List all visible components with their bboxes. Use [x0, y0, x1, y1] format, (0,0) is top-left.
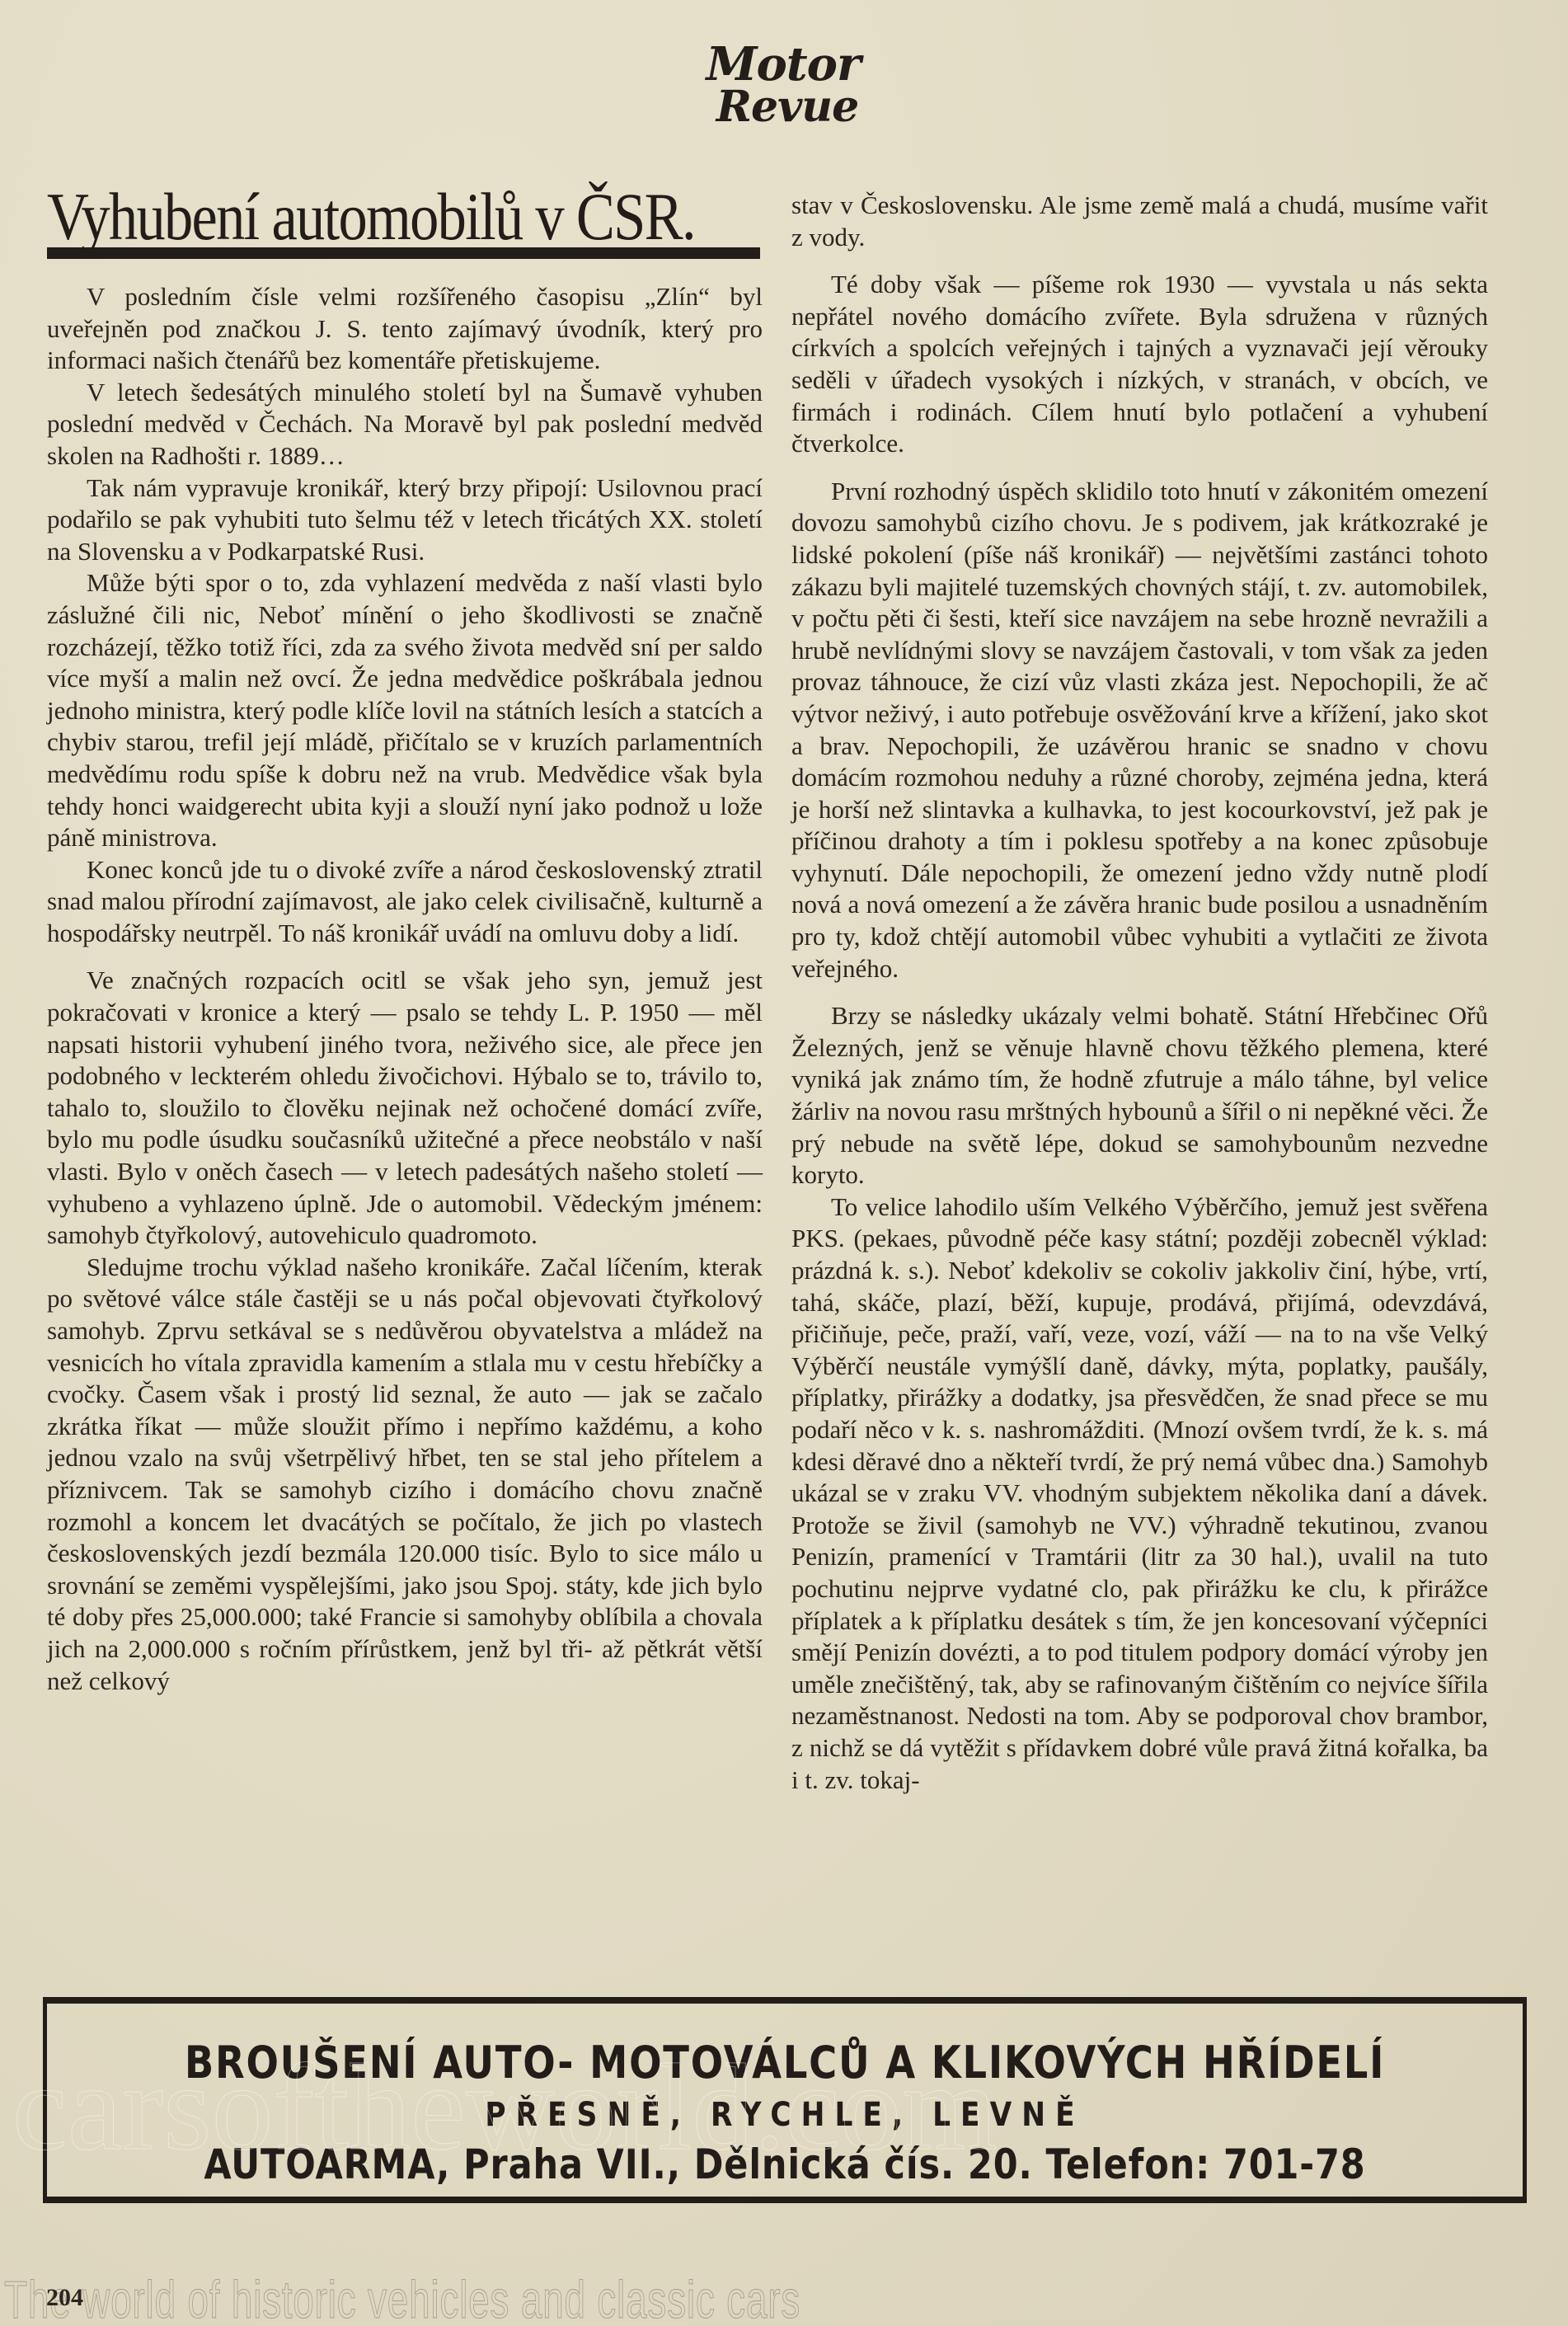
- paragraph: Brzy se následky ukázaly velmi bohatě. S…: [791, 1000, 1488, 1191]
- masthead-logo: Motor Revue: [692, 43, 874, 128]
- paragraph: V letech šedesátých minulého století byl…: [47, 377, 763, 472]
- article-right-column: stav v Československu. Ale jsme země mal…: [791, 190, 1488, 1796]
- ad-contact: AUTOARMA, Praha VII., Dělnická čís. 20. …: [150, 2140, 1419, 2188]
- page-number: 204: [46, 2284, 83, 2312]
- article-left-column: V posledním čísle velmi rozšířeného časo…: [47, 281, 763, 1697]
- ad-headline: BROUŠENÍ AUTO- MOTOVÁLCŮ A KLIKOVÝCH HŘÍ…: [150, 2037, 1419, 2089]
- advertisement-box: BROUŠENÍ AUTO- MOTOVÁLCŮ A KLIKOVÝCH HŘÍ…: [43, 1997, 1527, 2203]
- paragraph: Konec konců jde tu o divoké zvíře a náro…: [47, 854, 763, 950]
- paragraph: Může býti spor o to, zda vyhlazení medvě…: [47, 567, 763, 853]
- paragraph: Tak nám vypravuje kronikář, který brzy p…: [47, 472, 763, 568]
- paragraph: To velice lahodilo uším Velkého Výběrčíh…: [791, 1191, 1488, 1796]
- title-underline-rule: [47, 247, 760, 259]
- masthead-line-2: Revue: [701, 87, 874, 127]
- paragraph: Té doby však — píšeme rok 1930 — vyvstal…: [791, 269, 1488, 460]
- paragraph: stav v Československu. Ale jsme země mal…: [791, 190, 1488, 253]
- paragraph: První rozhodný úspěch sklidilo toto hnut…: [791, 476, 1488, 985]
- masthead-line-1: Motor: [692, 43, 874, 87]
- paragraph: V posledním čísle velmi rozšířeného časo…: [47, 281, 763, 377]
- paragraph: Sledujme trochu výklad našeho kronikáře.…: [47, 1252, 763, 1697]
- paragraph: Ve značných rozpacích ocitl se však jeho…: [47, 965, 763, 1251]
- article-title: Vyhubení automobilů v ČSR.: [47, 183, 662, 251]
- ad-slogan: PŘESNĚ, RYCHLE, LEVNĚ: [150, 2096, 1419, 2134]
- footer-tagline: The world of historic vehicles and class…: [4, 2269, 800, 2326]
